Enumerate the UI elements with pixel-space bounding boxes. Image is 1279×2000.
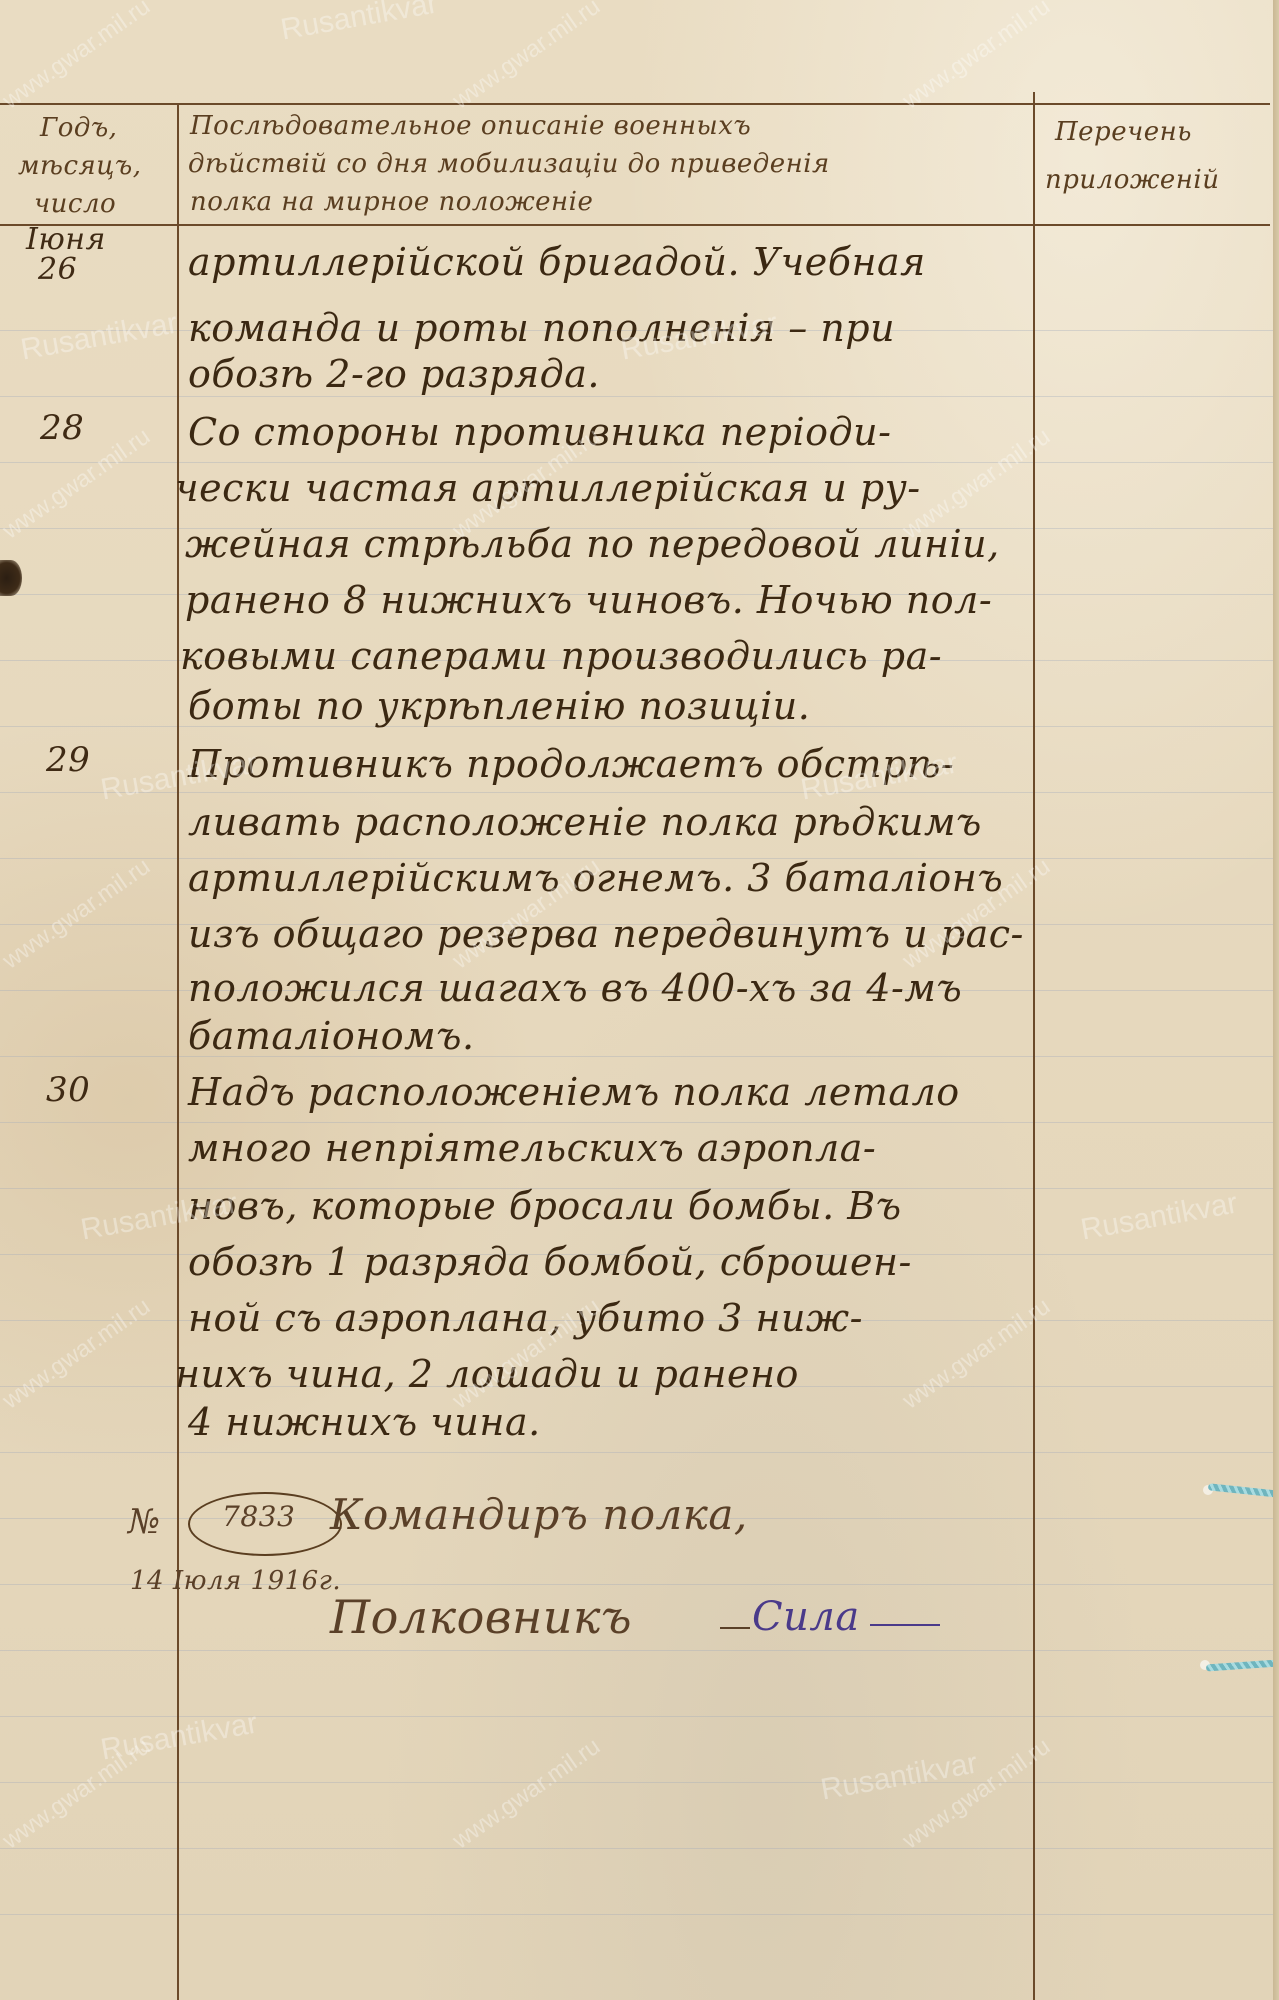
entry-line: боты по укрѣпленію позиціи. <box>188 684 810 728</box>
column-divider-appendix <box>1033 92 1035 2000</box>
header-col1-line3: число <box>34 184 116 224</box>
header-col3-line2: приложеній <box>1045 160 1219 200</box>
ruled-line <box>0 1782 1273 1783</box>
entry-line: жейная стрѣльба по передовой линіи, <box>185 522 1000 566</box>
entry-line: обозѣ 1 разряда бомбой, сброшен- <box>188 1240 912 1284</box>
header-col2-line3: полка на мирное положеніе <box>190 182 593 222</box>
watermark: Rusantikvar <box>818 1747 980 1808</box>
ruled-line <box>0 792 1273 793</box>
watermark: www.gwar.mil.ru <box>0 853 156 975</box>
watermark: www.gwar.mil.ru <box>0 0 156 115</box>
ruled-line <box>0 462 1273 463</box>
signature: Сила <box>752 1594 860 1640</box>
commander-title: Командиръ полка, <box>330 1490 748 1539</box>
column-divider-date <box>177 103 179 2000</box>
header-bottom-border <box>0 224 1270 226</box>
watermark: Rusantikvar <box>18 307 180 368</box>
entry-line: артиллерійской бригадой. Учебная <box>188 240 926 284</box>
entry-line: ранено 8 нижнихъ чиновъ. Ночью пол- <box>185 578 992 622</box>
entry-day: 29 <box>46 740 90 780</box>
ruled-line <box>0 1914 1273 1915</box>
entry-line: положился шагахъ въ 400-хъ за 4-мъ <box>188 966 962 1010</box>
entry-day: 30 <box>46 1070 90 1110</box>
watermark: www.gwar.mil.ru <box>448 1733 606 1855</box>
ruled-line <box>0 1650 1273 1651</box>
ruled-line <box>0 1122 1273 1123</box>
watermark: Rusantikvar <box>278 0 440 47</box>
ruled-line <box>0 1848 1273 1849</box>
rank: Полковникъ <box>330 1590 632 1644</box>
signature-date: 14 Іюля 1916г. <box>130 1566 341 1596</box>
entry-line: изъ общаго резерва передвинутъ и рас- <box>188 912 1024 956</box>
watermark: www.gwar.mil.ru <box>448 0 606 115</box>
ruled-line <box>0 1716 1273 1717</box>
ruled-line <box>0 396 1273 397</box>
table-top-border <box>0 103 1270 105</box>
binding-string <box>1206 1659 1279 1671</box>
header-col3-line1: Перечень <box>1055 112 1192 152</box>
watermark: Rusantikvar <box>1078 1187 1240 1248</box>
entry-line: много непріятельскихъ аэропла- <box>188 1126 876 1170</box>
signature-dash <box>720 1627 750 1629</box>
ink-blot <box>0 560 22 596</box>
watermark: www.gwar.mil.ru <box>0 1293 156 1415</box>
signature-flourish <box>870 1624 940 1626</box>
watermark: www.gwar.mil.ru <box>0 1733 156 1855</box>
entry-line: новъ, которые бросали бомбы. Въ <box>188 1184 902 1228</box>
entry-line: артиллерійскимъ огнемъ. 3 баталіонъ <box>188 856 1003 900</box>
entry-line: ливать расположеніе полка рѣдкимъ <box>188 800 982 844</box>
header-col1-line1: Годъ, <box>40 108 117 148</box>
entry-line: Надъ расположеніемъ полка летало <box>188 1070 960 1114</box>
entry-day: 26 <box>38 252 77 287</box>
entry-line: ковыми саперами производились ра- <box>180 634 942 678</box>
page-edge <box>1273 0 1279 2000</box>
entry-line: 4 нижнихъ чина. <box>188 1400 541 1444</box>
header-col2-line1: Послѣдовательное описаніе военныхъ <box>190 106 751 146</box>
header-col1-line2: мѣсяцъ, <box>18 146 142 186</box>
ruled-line <box>0 1452 1273 1453</box>
binding-string <box>1208 1483 1279 1497</box>
entry-line: ной съ аэроплана, убито 3 ниж- <box>188 1296 863 1340</box>
number-sign: № <box>128 1502 161 1542</box>
entry-line: чески частая артиллерійская и ру- <box>175 466 921 510</box>
entry-line: Со стороны противника періоди- <box>188 410 891 454</box>
entry-line: баталіономъ. <box>188 1014 475 1058</box>
entry-line: нихъ чина, 2 лошади и ранено <box>175 1352 799 1396</box>
document-page: Годъ, мѣсяцъ, число Послѣдовательное опи… <box>0 0 1275 2000</box>
entry-line: команда и роты пополненія – при <box>188 306 895 350</box>
entry-day: 28 <box>40 408 84 448</box>
header-col2-line2: дѣйствій со дня мобилизаціи до приведені… <box>188 144 830 184</box>
document-number: 7833 <box>222 1500 295 1533</box>
entry-line: Противникъ продолжаетъ обстрѣ- <box>188 742 954 786</box>
entry-line: обозѣ 2-го разряда. <box>188 352 600 396</box>
